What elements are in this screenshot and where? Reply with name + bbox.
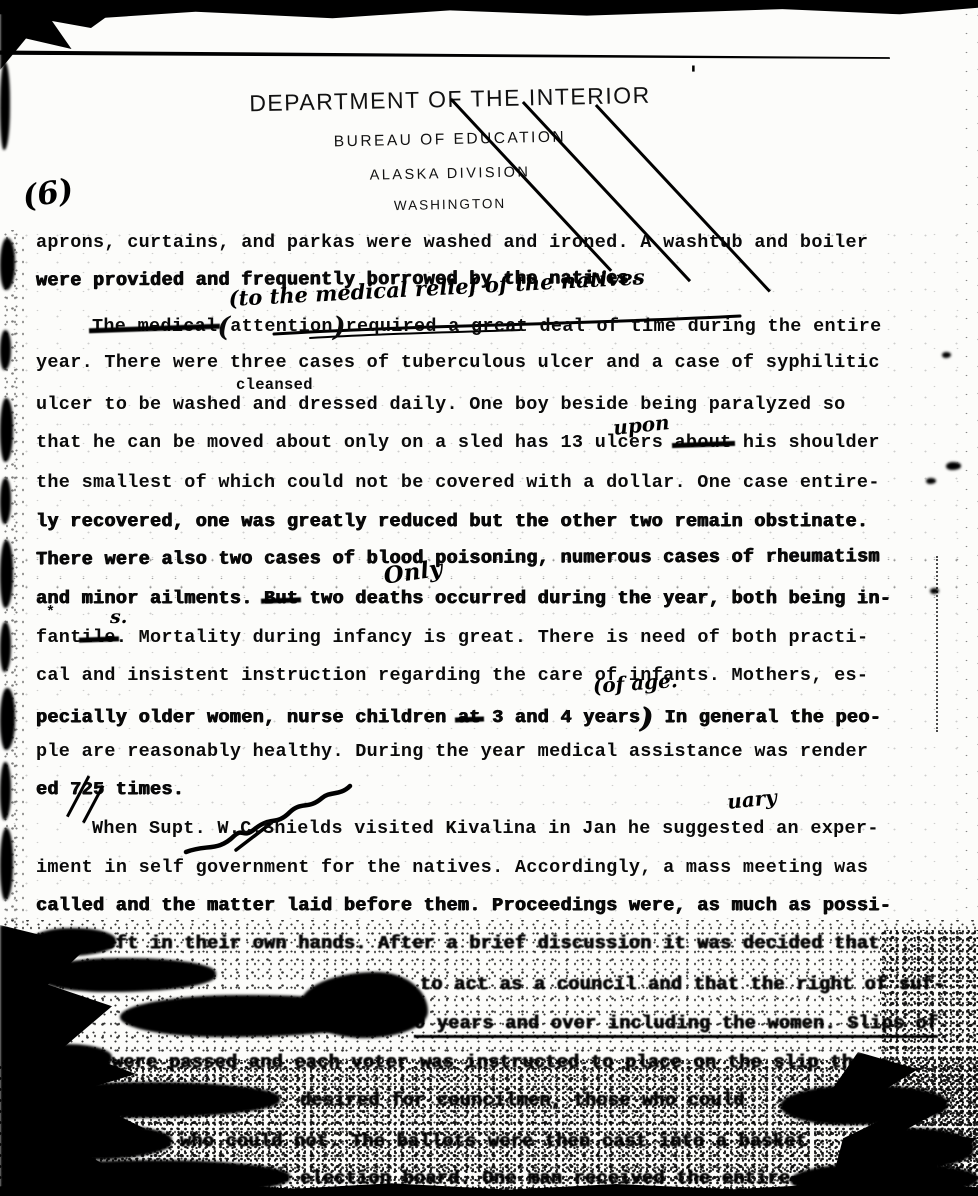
stray-tick-mark: ' [690, 62, 697, 88]
typed-line: called and the matter laid before them. … [36, 895, 891, 916]
typed-line: ed 725 times. [36, 779, 184, 800]
handwritten-insertion-s: s. [110, 606, 127, 628]
scan-artifact-speck [926, 478, 936, 484]
scan-artifact-edge-blob [0, 688, 15, 750]
typed-text: his shoulder [732, 432, 880, 453]
typed-line: When Supt. W.C.Shields visited Kivalina … [92, 818, 879, 839]
typed-line: year. There were three cases of tubercul… [36, 352, 880, 373]
scan-artifact-edge-blob [0, 622, 11, 672]
typed-text: When Supt. W.C.Shields visited Kivalina … [92, 818, 616, 839]
scan-artifact-edge-blob [0, 762, 11, 820]
scan-artifact-streak [0, 50, 890, 60]
struck-text: ile [82, 627, 116, 648]
margin-star-mark: * [46, 604, 55, 621]
scan-noise-right-strip [952, 0, 978, 1196]
typed-text: fant [36, 627, 82, 648]
handwritten-insertion-of-age: (of age. [592, 668, 678, 698]
typed-text: 3 and 4 years [481, 707, 641, 728]
struck-text: The medical [92, 316, 217, 337]
typed-text: two deaths occurred during the year, bot… [298, 588, 891, 609]
letterhead-division: ALASKA DIVISION [369, 164, 530, 183]
typed-line: aprons, curtains, and parkas were washed… [36, 232, 868, 253]
struck-text: at [458, 707, 481, 728]
scan-artifact-edge-blob [0, 62, 10, 150]
letterhead-bureau: BUREAU OF EDUCATION [334, 129, 567, 152]
scan-artifact-blob [24, 1082, 280, 1118]
typed-text: that he can be moved about only on a sle… [36, 432, 675, 453]
handwritten-insertion-uary: uary [726, 785, 778, 814]
typed-text: . Mortality during infancy is great. The… [116, 627, 869, 648]
scan-artifact-edge-blob [0, 398, 13, 462]
typed-line: fantile. Mortality during infancy is gre… [36, 627, 868, 648]
document-page: DEPARTMENT OF THE INTERIOR BUREAU OF EDU… [0, 0, 978, 1196]
struck-text: about [675, 432, 732, 453]
typed-line-degraded: were passed and each voter was instructe… [112, 1052, 865, 1073]
typed-text: and minor ailments. [36, 588, 264, 609]
typed-line: that he can be moved about only on a sle… [36, 432, 880, 453]
typed-text: he suggested an exper- [616, 818, 878, 839]
typed-line: pecially older women, nurse children at … [36, 703, 881, 734]
scan-artifact-fold-line [936, 556, 938, 732]
letterhead-city: WASHINGTON [394, 196, 507, 213]
typed-line: The medical(attention)required a great d… [92, 312, 882, 343]
scan-artifact-edge-blob [0, 238, 15, 290]
scan-artifact-blob [36, 958, 216, 992]
scan-artifact-blob [16, 1124, 172, 1160]
typed-line: and minor ailments. But two deaths occur… [36, 588, 891, 609]
typed-text: attention [230, 316, 333, 337]
typed-line: the smallest of which could not be cover… [36, 472, 880, 493]
typed-insertion-cleansed: cleansed [236, 376, 313, 394]
typed-line: ple are reasonably healthy. During the y… [36, 741, 868, 762]
typed-line-degraded: who could not. The ballots were then cas… [180, 1131, 807, 1152]
handwritten-paren: ) [640, 703, 653, 734]
underlined-typed-text: 0 years and over including the women. Sl… [414, 1013, 938, 1038]
typed-line: There were also two cases of blood poiso… [36, 546, 880, 570]
scan-artifact-speck [942, 352, 951, 358]
letterhead-strike-line [522, 101, 691, 282]
scan-artifact-top-band [0, 0, 978, 26]
scan-artifact-edge-blob [0, 828, 13, 900]
typed-line: cal and insistent instruction regarding … [36, 665, 868, 686]
handwritten-page-marker: (6) [20, 172, 76, 216]
scan-artifact-corner-blob [0, 0, 130, 70]
typed-line-degraded: ble, left in their own hands. After a br… [36, 933, 880, 954]
letterhead-strike-line [595, 104, 771, 293]
scan-artifact-edge-blob [0, 330, 11, 370]
scan-artifact-speck [946, 462, 961, 470]
scan-artifact-blob-over-scrawl [300, 972, 428, 1038]
handwritten-paren: ) [333, 312, 346, 343]
scan-artifact-edge-blob [0, 478, 11, 524]
typed-text: pecially older women, nurse children [36, 707, 458, 728]
typed-line: ly recovered, one was greatly reduced bu… [36, 511, 868, 532]
typed-text: required a great deal of time during the… [346, 316, 882, 337]
typed-text: In general the peo- [653, 707, 881, 728]
struck-text: But [264, 588, 298, 609]
typed-line: ulcer to be washed and dressed daily. On… [36, 394, 846, 415]
scan-artifact-edge-blob [0, 540, 13, 608]
typed-line-degraded: to act as a council and that the right o… [420, 974, 944, 995]
typed-line-degraded: desired for councilmen, those who could [300, 1090, 745, 1111]
typed-line-degraded: 0 years and over including the women. Sl… [414, 1013, 938, 1034]
typed-line: iment in self government for the natives… [36, 857, 868, 878]
